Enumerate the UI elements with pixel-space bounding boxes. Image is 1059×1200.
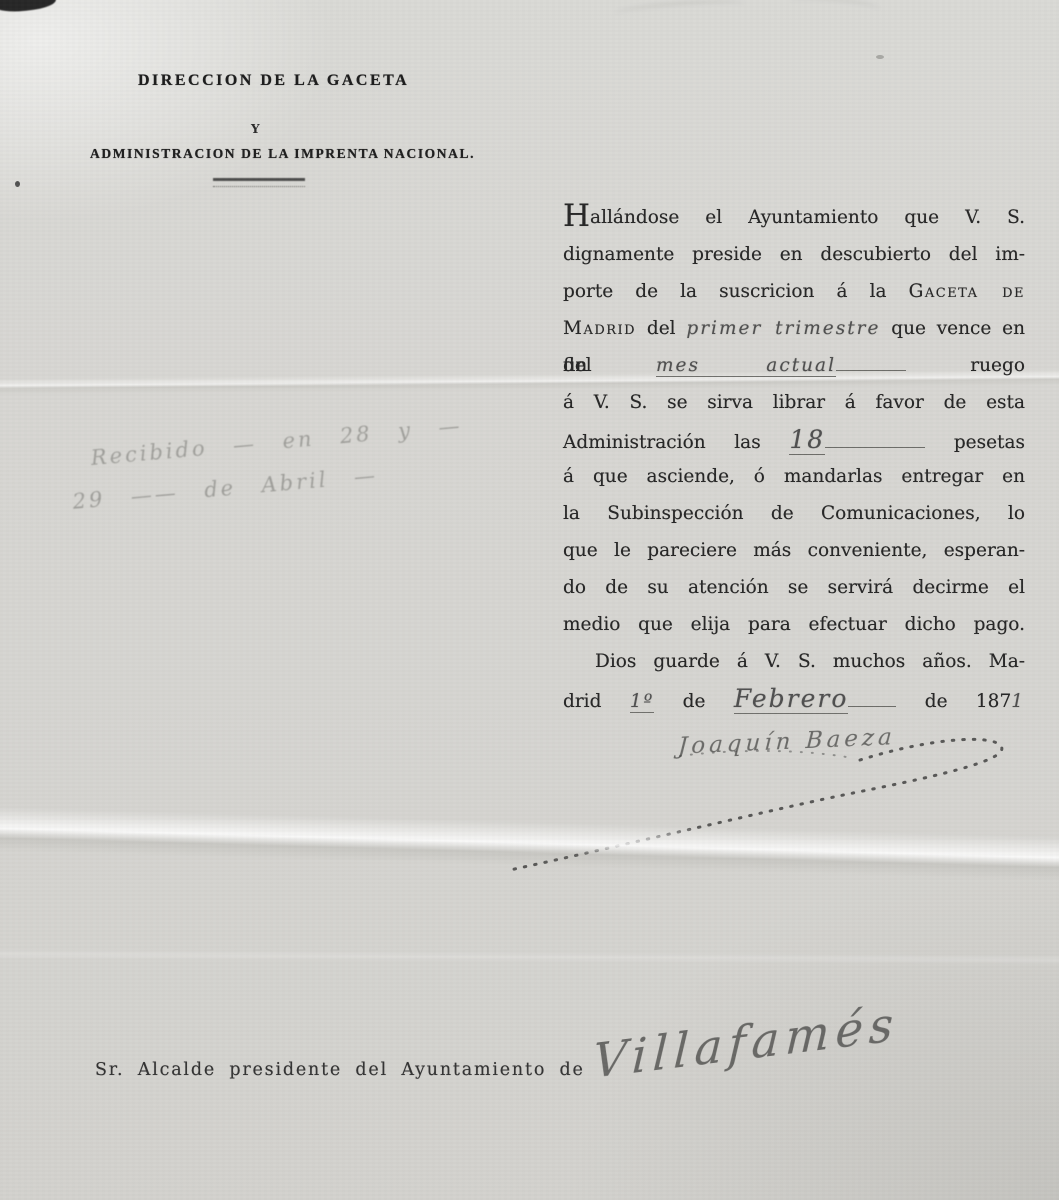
blank-underline <box>825 428 925 448</box>
printed-text: allándose el Ayuntamiento que V. S. <box>590 207 1025 228</box>
letterhead-line1: DIRECCION DE LA GACETA <box>138 72 409 90</box>
letter-line: Dios guarde á V. S. muchos años. Ma- <box>563 643 1025 680</box>
ink-bleed-ghost <box>790 0 881 17</box>
letter-line: que le pareciere más conveniente, espera… <box>563 532 1025 569</box>
letterhead-conjunction: Y <box>251 122 260 136</box>
handwritten-entry: mes actual <box>656 355 836 377</box>
printed-text: medio que elija para efectuar dicho pago… <box>563 614 1025 635</box>
printed-text: dignamente preside en descubierto del im… <box>563 244 1025 265</box>
handwritten-entry: Febrero <box>734 684 849 714</box>
letter-line: dignamente preside en descubierto del im… <box>563 236 1025 273</box>
printed-text: de <box>654 691 734 712</box>
handwritten-entry: primer trimestre <box>686 318 880 339</box>
letterhead-line2: ADMINISTRACION DE LA IMPRENTA NACIONAL. <box>90 146 475 162</box>
printed-text: á que asciende, ó mandarlas entregar en <box>563 466 1025 487</box>
letter-line: porte de la suscricion á la Gaceta de <box>563 273 1025 310</box>
printed-text: Administración las <box>563 432 789 453</box>
letter-line: á V. S. se sirva librar á favor de esta <box>563 384 1025 421</box>
letter-line: del mes actual ruego <box>563 347 1025 384</box>
printed-text: pesetas <box>925 432 1025 453</box>
letter-line: Madrid del primer trimestre que vence en… <box>563 310 1025 347</box>
ink-bleed-ghost <box>615 0 746 20</box>
letter-line: la Subinspección de Comunicaciones, lo <box>563 495 1025 532</box>
fold-crease <box>0 949 1059 965</box>
ink-speck <box>876 55 884 59</box>
letter-line: do de su atención se servirá decirme el <box>563 569 1025 606</box>
scan-corner-mark <box>0 0 56 13</box>
printed-text: Dios guarde á V. S. muchos años. Ma- <box>595 651 1025 672</box>
printed-text: del <box>563 355 656 376</box>
printed-text: do de su atención se servirá decirme el <box>563 577 1025 598</box>
printed-text: la Subinspección de Comunicaciones, lo <box>563 503 1025 524</box>
drop-cap: H <box>563 198 590 234</box>
printed-text: ruego <box>906 355 1025 376</box>
handwritten-entry: 1 <box>1011 691 1025 712</box>
ink-speck <box>15 181 20 187</box>
letter-line: á que asciende, ó mandarlas entregar en <box>563 458 1025 495</box>
printed-text: del <box>636 318 686 339</box>
handwritten-entry: 1º <box>630 691 654 713</box>
margin-note: Recibido — en 28 y — 29 —— de Abril — <box>89 403 485 521</box>
footer-printed-address: Sr. Alcalde presidente del Ayuntamiento … <box>95 1060 585 1080</box>
printed-text: drid <box>563 691 630 712</box>
blank-underline <box>848 687 896 707</box>
handwritten-entry: 18 <box>789 425 825 455</box>
printed-text: que le pareciere más conveniente, espera… <box>563 540 1025 561</box>
scanned-document-page: DIRECCION DE LA GACETA Y ADMINISTRACION … <box>0 0 1059 1200</box>
letter-body: Hallándose el Ayuntamiento que V. S.dign… <box>563 199 1025 717</box>
letter-line: Hallándose el Ayuntamiento que V. S. <box>563 199 1025 236</box>
letterhead-rule <box>213 178 305 187</box>
letter-line: medio que elija para efectuar dicho pago… <box>563 606 1025 643</box>
printed-text: porte de la suscricion á la <box>563 281 909 302</box>
blank-underline <box>836 351 906 371</box>
letter-line: Administración las 18 pesetas <box>563 421 1025 458</box>
footer-municipality-handwritten: Villafamés <box>592 997 901 1090</box>
small-caps-text: Madrid <box>563 318 636 339</box>
small-caps-text: Gaceta de <box>909 281 1025 302</box>
printed-text: á V. S. se sirva librar á favor de esta <box>563 392 1025 413</box>
printed-text: de 187 <box>896 691 1011 712</box>
